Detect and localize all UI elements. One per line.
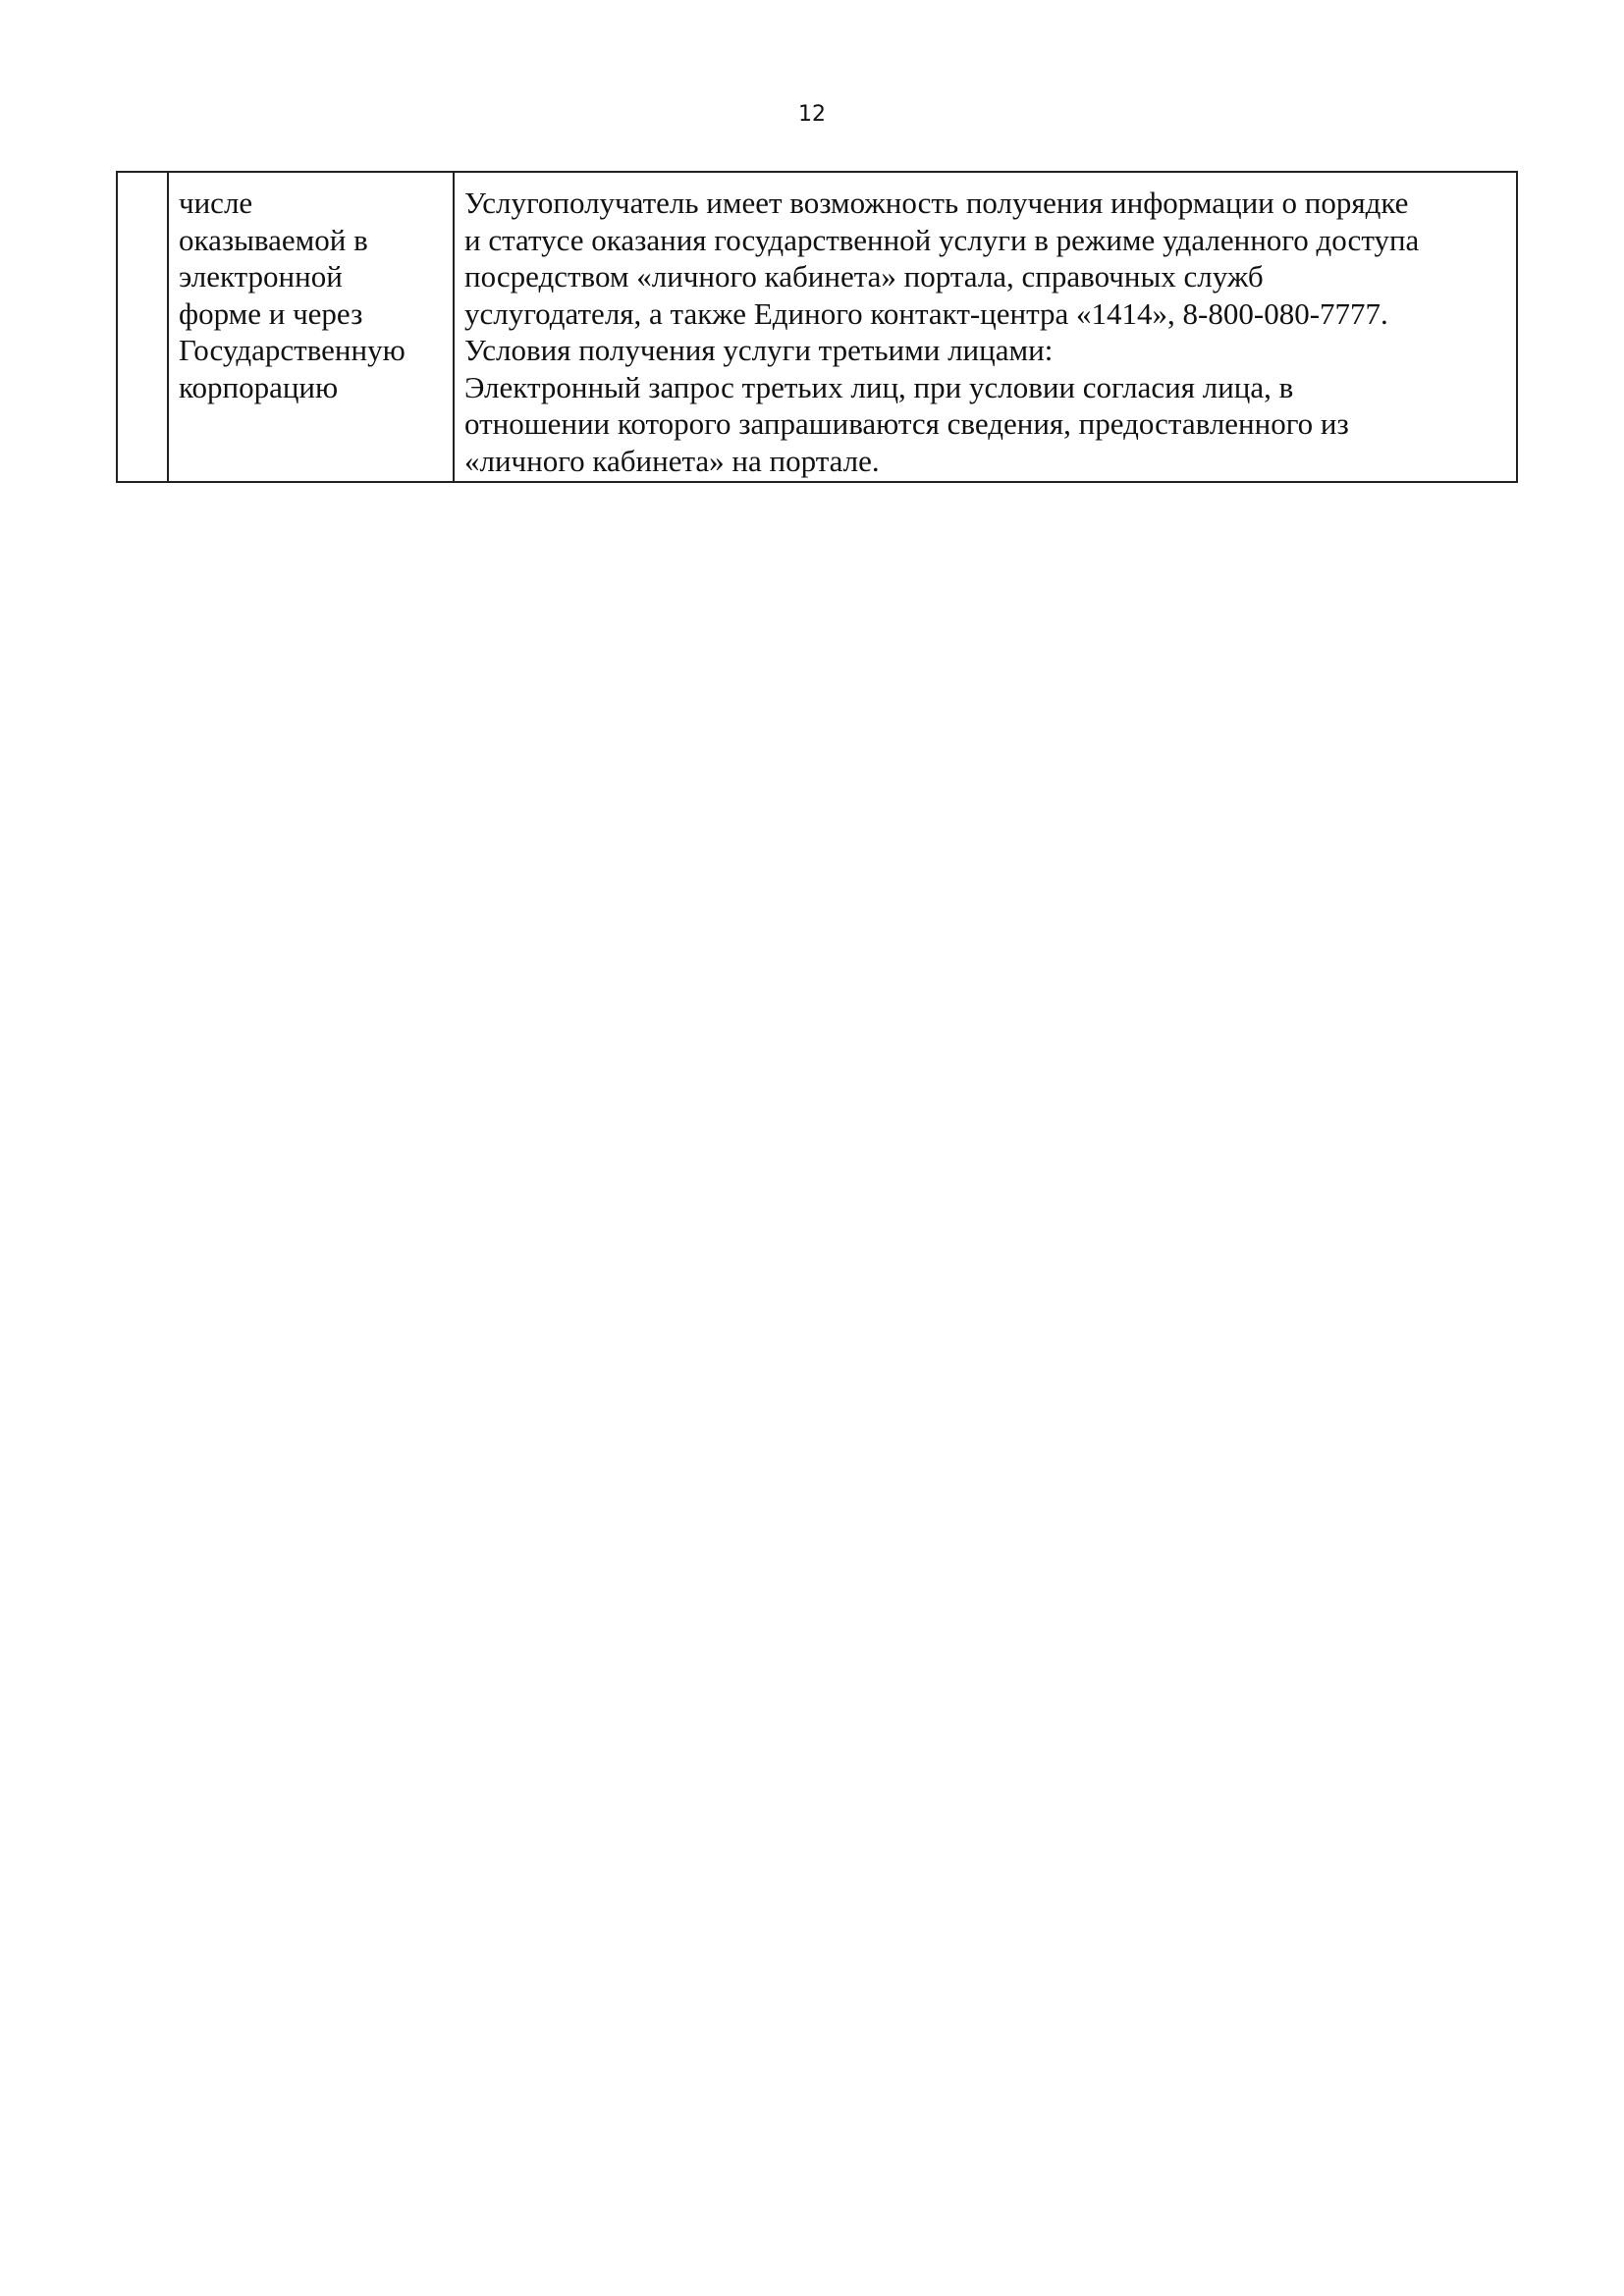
- service-table: числе оказываемой в электронной форме и …: [116, 171, 1518, 483]
- description-line: Услугополучатель имеет возможность получ…: [464, 185, 1506, 222]
- name-line: числе: [179, 185, 443, 222]
- name-line: корпорацию: [179, 369, 443, 406]
- row-number-cell: [117, 172, 168, 482]
- description-line: посредством «личного кабинета» портала, …: [464, 258, 1506, 295]
- page-number: 12: [0, 102, 1624, 127]
- row-name-cell: числе оказываемой в электронной форме и …: [168, 172, 454, 482]
- row-description-cell: Услугополучатель имеет возможность получ…: [454, 172, 1517, 482]
- name-line: Государственную: [179, 332, 443, 369]
- description-line: Условия получения услуги третьими лицами…: [464, 332, 1506, 369]
- description-line: и статусе оказания государственной услуг…: [464, 222, 1506, 259]
- name-line: электронной: [179, 258, 443, 295]
- name-line: оказываемой в: [179, 222, 443, 259]
- description-line: Электронный запрос третьих лиц, при усло…: [464, 369, 1506, 406]
- description-line: отношении которого запрашиваются сведени…: [464, 405, 1506, 443]
- name-line: форме и через: [179, 295, 443, 333]
- description-line: услугодателя, а также Единого контакт-це…: [464, 295, 1506, 333]
- table-row: числе оказываемой в электронной форме и …: [117, 172, 1517, 482]
- description-line: «личного кабинета» на портале.: [464, 443, 1506, 480]
